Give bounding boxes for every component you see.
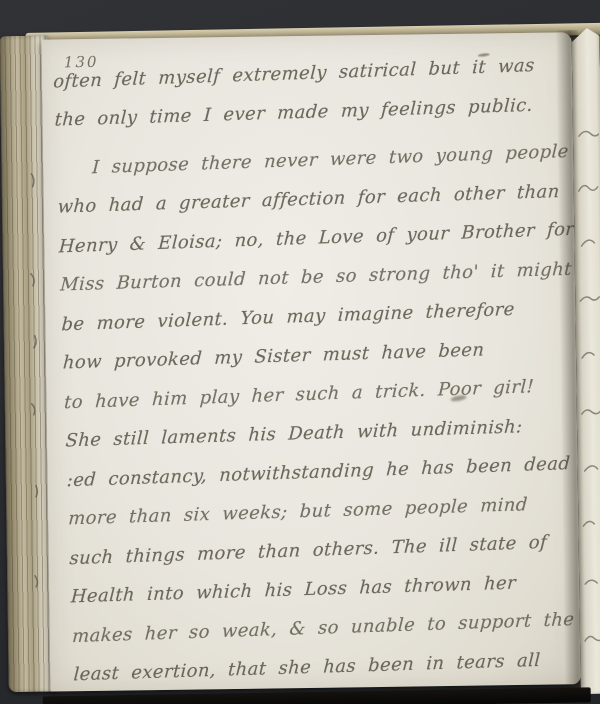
manuscript-text: often felt myself extremely satirical bu… [52, 56, 585, 704]
manuscript-photo: 130 often felt myself extremely satirica… [0, 0, 600, 704]
page-number: 130 [64, 53, 99, 71]
manuscript-page: 130 often felt myself extremely satirica… [42, 32, 581, 691]
book: 130 often felt myself extremely satirica… [0, 12, 600, 702]
